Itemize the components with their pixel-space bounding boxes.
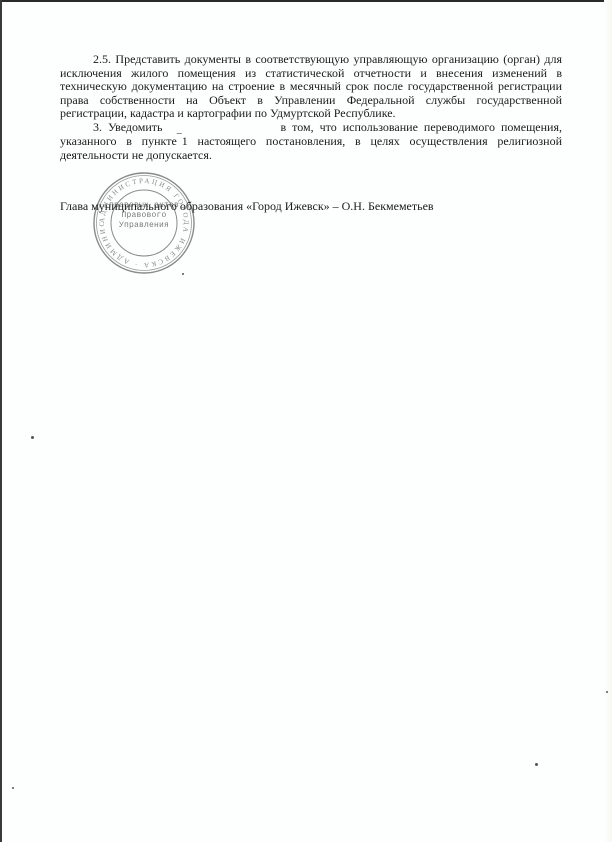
signature-line: Глава муниципального образования «Город …: [60, 199, 434, 214]
official-stamp: АДМИНИСТРАЦИЯ ГОРОДА ИЖЕВСКА · АДМИНИСТР…: [92, 171, 196, 275]
document-page: 2.5. Представить документы в соответству…: [0, 0, 612, 842]
scan-edge-top: [0, 0, 612, 2]
document-body: 2.5. Представить документы в соответству…: [60, 53, 562, 163]
scan-edge-left: [0, 0, 2, 842]
paragraph-2-5: 2.5. Представить документы в соответству…: [60, 53, 562, 121]
scan-speck: [31, 436, 34, 439]
scan-speck: [535, 763, 538, 766]
paragraph-3-start: 3. Уведомить: [93, 120, 163, 134]
overline-mark: ¯: [177, 133, 182, 144]
paragraph-3: 3. Уведомить в том, что использование пе…: [60, 121, 562, 163]
scan-edge-right: [604, 0, 612, 842]
stamp-line-3: Управления: [92, 221, 196, 231]
scan-speck: [12, 787, 14, 789]
scan-speck: [606, 691, 608, 693]
